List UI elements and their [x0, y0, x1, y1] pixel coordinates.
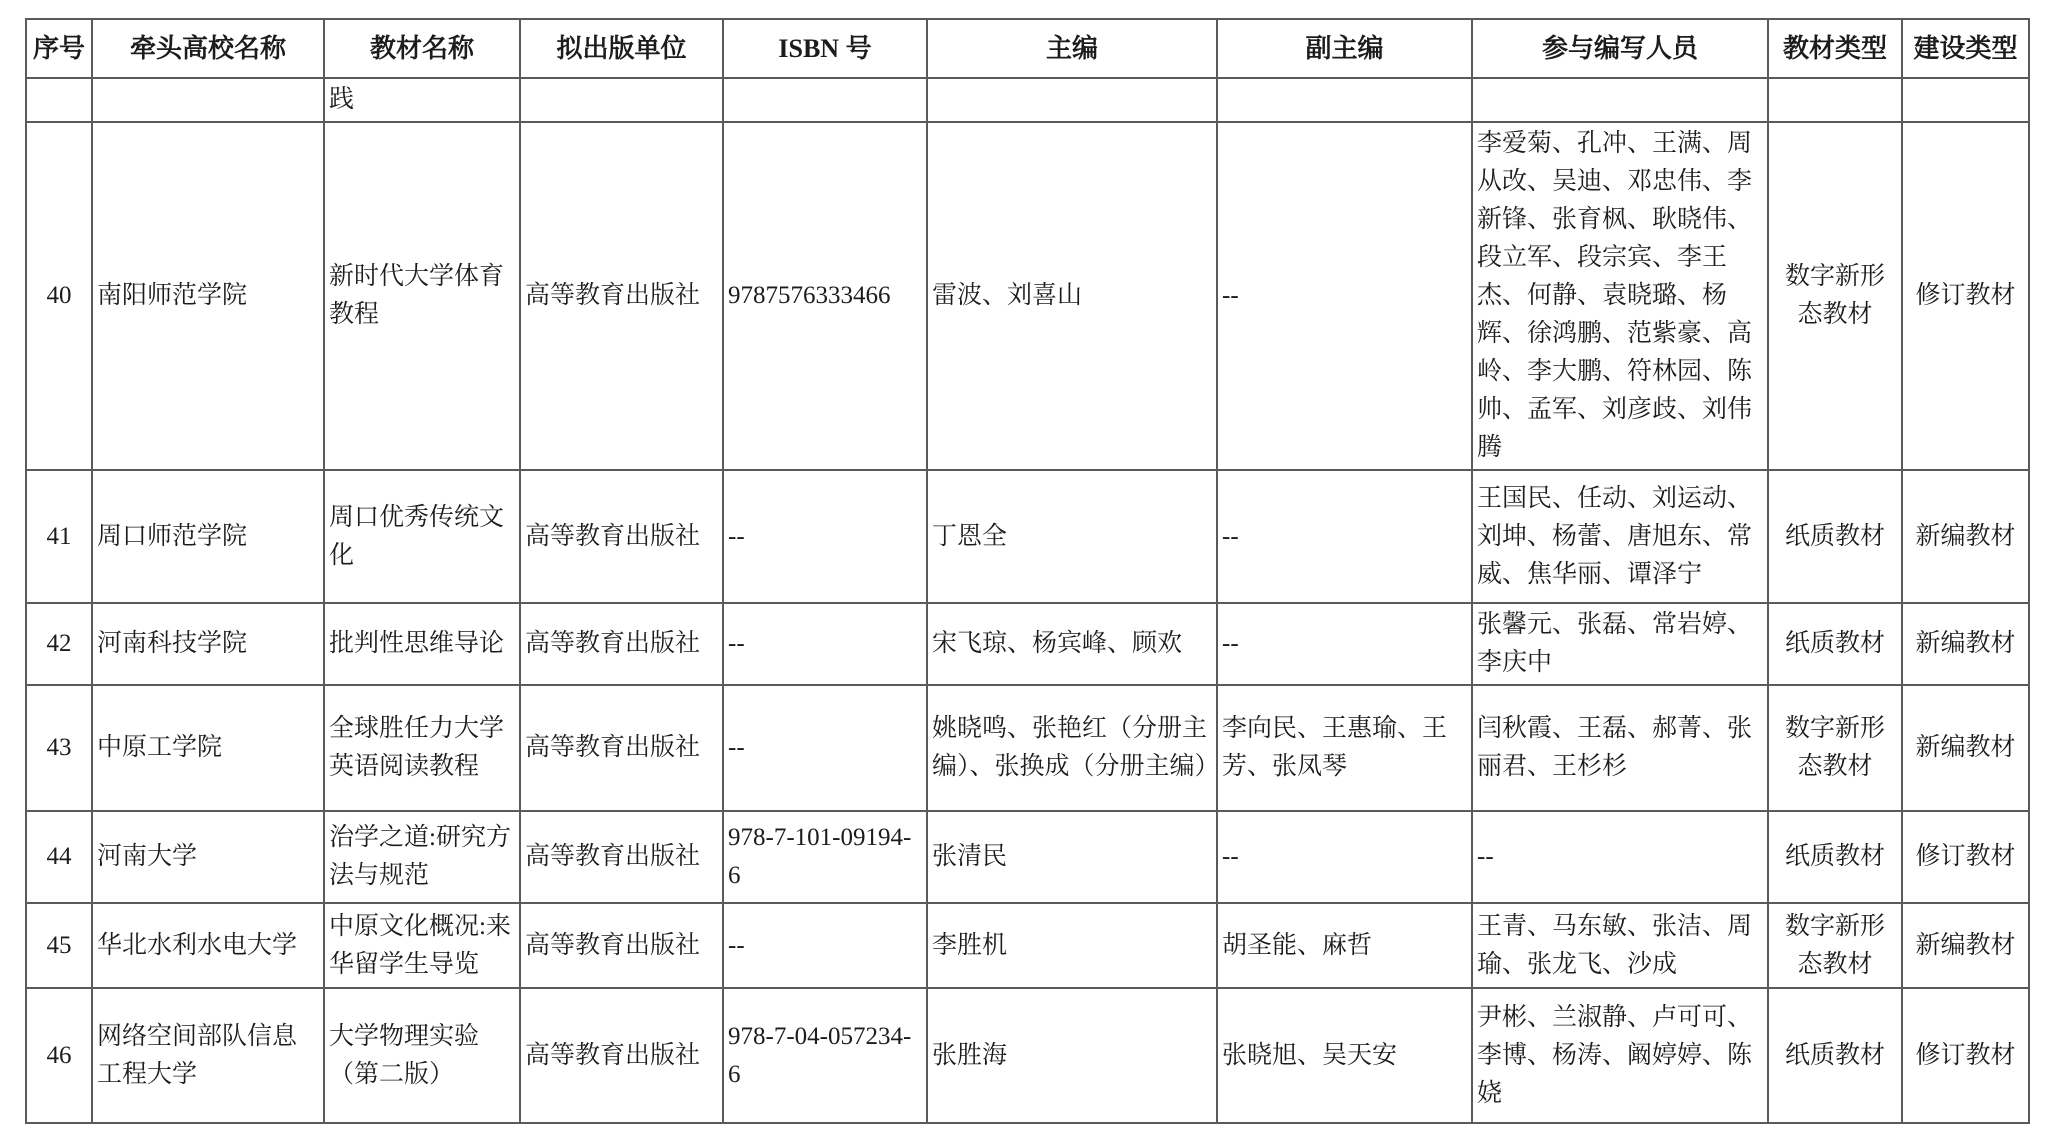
- cell-editor: 雷波、刘喜山: [927, 122, 1217, 470]
- cell-university: 网络空间部队信息工程大学: [92, 988, 324, 1123]
- cell-build: 新编教材: [1902, 603, 2029, 685]
- cell-build: 新编教材: [1902, 470, 2029, 603]
- cell-deputy: --: [1217, 811, 1472, 903]
- table-row: 40南阳师范学院新时代大学体育教程高等教育出版社9787576333466雷波、…: [26, 122, 2029, 470]
- cell-isbn: 978-7-101-09194-6: [723, 811, 927, 903]
- cell-build: 新编教材: [1902, 685, 2029, 811]
- cell-title: 中原文化概况:来华留学生导览: [324, 903, 520, 988]
- cell-title: 批判性思维导论: [324, 603, 520, 685]
- cell-deputy: 胡圣能、麻哲: [1217, 903, 1472, 988]
- header-deputy-editor: 副主编: [1217, 19, 1472, 78]
- cell-publisher: 高等教育出版社: [520, 685, 723, 811]
- cell-publisher: 高等教育出版社: [520, 470, 723, 603]
- table-body: 践40南阳师范学院新时代大学体育教程高等教育出版社9787576333466雷波…: [26, 78, 2029, 1123]
- cell-contributors: 王国民、任动、刘运动、刘坤、杨蕾、唐旭东、常威、焦华丽、谭泽宁: [1472, 470, 1768, 603]
- cell-no: 45: [26, 903, 92, 988]
- cell-title: 治学之道:研究方法与规范: [324, 811, 520, 903]
- cell-university: [92, 78, 324, 122]
- cell-type: 数字新形态教材: [1768, 122, 1902, 470]
- header-contributors: 参与编写人员: [1472, 19, 1768, 78]
- table-row-partial: 践: [26, 78, 2029, 122]
- cell-isbn: --: [723, 903, 927, 988]
- cell-publisher: 高等教育出版社: [520, 603, 723, 685]
- cell-isbn: 978-7-04-057234-6: [723, 988, 927, 1123]
- cell-no: 41: [26, 470, 92, 603]
- cell-no: 44: [26, 811, 92, 903]
- cell-deputy: [1217, 78, 1472, 122]
- cell-no: 42: [26, 603, 92, 685]
- cell-editor: 张清民: [927, 811, 1217, 903]
- cell-publisher: 高等教育出版社: [520, 811, 723, 903]
- cell-isbn: [723, 78, 927, 122]
- cell-contributors: --: [1472, 811, 1768, 903]
- cell-no: 46: [26, 988, 92, 1123]
- cell-contributors: [1472, 78, 1768, 122]
- cell-isbn: --: [723, 470, 927, 603]
- cell-build: 修订教材: [1902, 811, 2029, 903]
- cell-publisher: [520, 78, 723, 122]
- header-title: 教材名称: [324, 19, 520, 78]
- cell-title: 大学物理实验（第二版）: [324, 988, 520, 1123]
- header-isbn: ISBN 号: [723, 19, 927, 78]
- cell-isbn: --: [723, 603, 927, 685]
- cell-editor: 张胜海: [927, 988, 1217, 1123]
- header-university: 牵头高校名称: [92, 19, 324, 78]
- header-no: 序号: [26, 19, 92, 78]
- cell-university: 河南大学: [92, 811, 324, 903]
- cell-university: 河南科技学院: [92, 603, 324, 685]
- header-publisher: 拟出版单位: [520, 19, 723, 78]
- cell-no: 43: [26, 685, 92, 811]
- cell-type: 数字新形态教材: [1768, 903, 1902, 988]
- table-header-row: 序号 牵头高校名称 教材名称 拟出版单位 ISBN 号 主编 副主编 参与编写人…: [26, 19, 2029, 78]
- cell-type: 纸质教材: [1768, 603, 1902, 685]
- cell-build: 修订教材: [1902, 122, 2029, 470]
- cell-editor: [927, 78, 1217, 122]
- table-row: 46网络空间部队信息工程大学大学物理实验（第二版）高等教育出版社978-7-04…: [26, 988, 2029, 1123]
- cell-title: 践: [324, 78, 520, 122]
- cell-editor: 姚晓鸣、张艳红（分册主编）、张换成（分册主编）: [927, 685, 1217, 811]
- cell-no: [26, 78, 92, 122]
- cell-university: 中原工学院: [92, 685, 324, 811]
- cell-title: 周口优秀传统文化: [324, 470, 520, 603]
- cell-contributors: 闫秋霞、王磊、郝菁、张丽君、王杉杉: [1472, 685, 1768, 811]
- cell-title: 全球胜任力大学英语阅读教程: [324, 685, 520, 811]
- cell-contributors: 张馨元、张磊、常岩婷、李庆中: [1472, 603, 1768, 685]
- cell-type: [1768, 78, 1902, 122]
- header-textbook-type: 教材类型: [1768, 19, 1902, 78]
- cell-deputy: --: [1217, 470, 1472, 603]
- cell-contributors: 李爱菊、孔冲、王满、周从改、吴迪、邓忠伟、李新锋、张育枫、耿晓伟、段立军、段宗宾…: [1472, 122, 1768, 470]
- cell-type: 纸质教材: [1768, 988, 1902, 1123]
- cell-isbn: 9787576333466: [723, 122, 927, 470]
- cell-type: 纸质教材: [1768, 811, 1902, 903]
- cell-deputy: --: [1217, 122, 1472, 470]
- cell-title: 新时代大学体育教程: [324, 122, 520, 470]
- cell-no: 40: [26, 122, 92, 470]
- cell-editor: 丁恩全: [927, 470, 1217, 603]
- table-row: 41周口师范学院周口优秀传统文化高等教育出版社--丁恩全--王国民、任动、刘运动…: [26, 470, 2029, 603]
- cell-university: 南阳师范学院: [92, 122, 324, 470]
- cell-build: [1902, 78, 2029, 122]
- cell-type: 纸质教材: [1768, 470, 1902, 603]
- cell-build: 新编教材: [1902, 903, 2029, 988]
- header-editor: 主编: [927, 19, 1217, 78]
- cell-contributors: 尹彬、兰淑静、卢可可、李博、杨涛、阚婷婷、陈娆: [1472, 988, 1768, 1123]
- textbook-table: 序号 牵头高校名称 教材名称 拟出版单位 ISBN 号 主编 副主编 参与编写人…: [25, 18, 2030, 1124]
- table-row: 43中原工学院全球胜任力大学英语阅读教程高等教育出版社--姚晓鸣、张艳红（分册主…: [26, 685, 2029, 811]
- cell-isbn: --: [723, 685, 927, 811]
- cell-build: 修订教材: [1902, 988, 2029, 1123]
- cell-deputy: --: [1217, 603, 1472, 685]
- table-row: 44河南大学治学之道:研究方法与规范高等教育出版社978-7-101-09194…: [26, 811, 2029, 903]
- cell-publisher: 高等教育出版社: [520, 903, 723, 988]
- header-build-type: 建设类型: [1902, 19, 2029, 78]
- cell-publisher: 高等教育出版社: [520, 122, 723, 470]
- cell-deputy: 张晓旭、吴天安: [1217, 988, 1472, 1123]
- cell-type: 数字新形态教材: [1768, 685, 1902, 811]
- cell-deputy: 李向民、王惠瑜、王芳、张凤琴: [1217, 685, 1472, 811]
- cell-publisher: 高等教育出版社: [520, 988, 723, 1123]
- cell-contributors: 王青、马东敏、张洁、周瑜、张龙飞、沙成: [1472, 903, 1768, 988]
- cell-editor: 宋飞琼、杨宾峰、顾欢: [927, 603, 1217, 685]
- cell-university: 周口师范学院: [92, 470, 324, 603]
- cell-editor: 李胜机: [927, 903, 1217, 988]
- cell-university: 华北水利水电大学: [92, 903, 324, 988]
- table-row: 42河南科技学院批判性思维导论高等教育出版社--宋飞琼、杨宾峰、顾欢--张馨元、…: [26, 603, 2029, 685]
- table-row: 45华北水利水电大学中原文化概况:来华留学生导览高等教育出版社--李胜机胡圣能、…: [26, 903, 2029, 988]
